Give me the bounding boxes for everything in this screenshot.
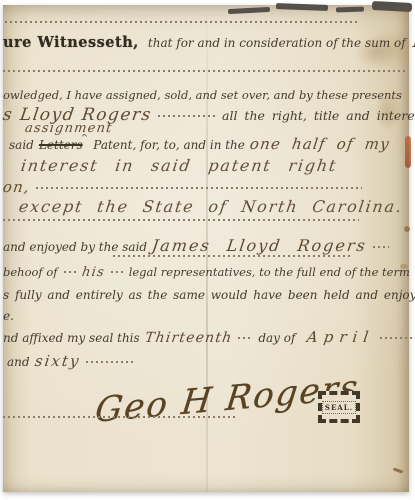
dotted-leader bbox=[373, 246, 389, 248]
seal-stamp: SEAL. bbox=[318, 391, 360, 423]
patent-printed-text: Patent, for, to, and in the bbox=[93, 138, 245, 152]
dotted-leader bbox=[64, 271, 76, 273]
dotted-leader bbox=[36, 187, 362, 189]
stain-red-streak bbox=[405, 136, 411, 168]
share-handwritten: one half of my bbox=[249, 135, 391, 153]
year-handwritten: sixty bbox=[33, 352, 81, 370]
behoof-printed-text: behoof of bbox=[3, 265, 58, 279]
seal-label: SEAL. bbox=[322, 401, 356, 414]
scanned-document: ure Witnesseth, that for and in consider… bbox=[0, 0, 415, 500]
opening-line: ure Witnesseth, that for and in consider… bbox=[3, 32, 415, 51]
dotted-leader bbox=[111, 271, 123, 273]
stain-spot bbox=[404, 226, 410, 232]
assignee-line: and enjoyed by the said James Lloyd Roge… bbox=[3, 236, 390, 255]
acknowledged-printed-text: owledged, I have assigned, sold, and set… bbox=[3, 88, 402, 102]
fragment-printed-text: e. bbox=[3, 309, 14, 323]
document-paper: ure Witnesseth, that for and in consider… bbox=[3, 5, 409, 492]
interest-line: interest in said patent right bbox=[21, 156, 337, 175]
dotted-rule-signature bbox=[3, 416, 235, 418]
opening-gothic-text: ure Witnesseth, bbox=[3, 34, 139, 51]
insertion-handwritten: assignment bbox=[24, 121, 114, 136]
sum-handwritten: Five bbox=[411, 32, 415, 51]
enjoyed-printed-text: and enjoyed by the said bbox=[3, 240, 147, 254]
and-printed-text: and bbox=[7, 355, 30, 369]
ink-mark bbox=[393, 467, 403, 473]
assignee-handwritten: James Lloyd Rogers bbox=[151, 236, 369, 255]
seal-clause-printed-text: nd affixed my seal this bbox=[3, 331, 140, 345]
dotted-leader bbox=[380, 337, 415, 339]
dotted-rule-second bbox=[3, 70, 407, 72]
dotted-leader bbox=[238, 337, 252, 339]
opening-printed-text: that for and in consideration of the sum… bbox=[148, 36, 406, 50]
fragment-printed-line: e. bbox=[3, 305, 14, 324]
month-handwritten: April bbox=[305, 328, 375, 346]
fully-printed-text: s fully and entirely as the same would h… bbox=[3, 288, 415, 302]
his-handwritten: his bbox=[81, 265, 106, 280]
dotted-leader bbox=[86, 361, 134, 363]
dotted-rule-exception bbox=[3, 219, 359, 221]
behoof-line: behoof of his legal representatives, to … bbox=[3, 261, 410, 280]
representatives-printed-text: legal representatives, to the full end o… bbox=[129, 265, 410, 279]
date-line: nd affixed my seal this Thirteenth day o… bbox=[3, 327, 415, 346]
acknowledged-line: owledged, I have assigned, sold, and set… bbox=[3, 84, 402, 103]
year-line: and sixty bbox=[7, 351, 135, 370]
exception-handwritten: except the State of North Carolina. bbox=[18, 197, 405, 216]
dotted-leader bbox=[158, 115, 216, 117]
rights-printed-text: all the right, title and interest, bbox=[222, 108, 415, 123]
day-handwritten: Thirteenth bbox=[144, 330, 234, 346]
fragment-handwritten: on, bbox=[2, 178, 32, 196]
fully-line: s fully and entirely as the same would h… bbox=[3, 284, 415, 303]
day-of-printed-text: day of bbox=[258, 331, 295, 345]
dotted-rule-top bbox=[5, 21, 357, 23]
torn-edge-mark bbox=[336, 7, 364, 13]
struck-word-text: Letters bbox=[39, 138, 83, 152]
fragment-line: on, bbox=[3, 177, 363, 196]
dotted-rule-assignee bbox=[113, 255, 351, 257]
interest-handwritten: interest in said patent right bbox=[20, 156, 339, 175]
said-printed-text: said bbox=[9, 138, 34, 152]
exception-line: except the State of North Carolina. bbox=[19, 197, 403, 216]
patent-clause-line: assignment said Letters^ Patent, for, to… bbox=[9, 134, 390, 153]
